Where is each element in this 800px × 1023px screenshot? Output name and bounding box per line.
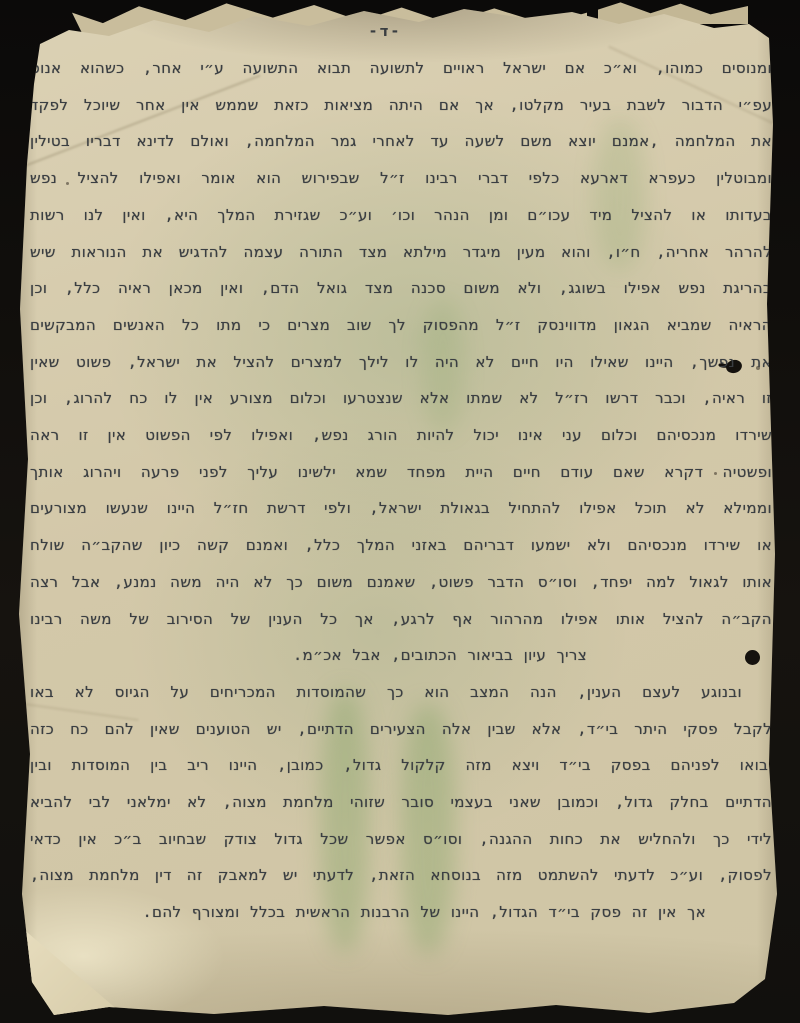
text-line: שירדו מנכסיהם וכלום עני אינו יכול להיות …	[30, 417, 772, 454]
text-line: לידי כך ולהחליש את כחות ההגנה, וסו״ס אפש…	[30, 821, 772, 858]
text-line: לקבל פסקי היתר בי״ד, אלא שבין אלה הצעירי…	[30, 711, 772, 748]
text-line: הדתיים בחלק גדול, וכמובן שאני בעצמי סובר…	[30, 784, 772, 821]
document-page: -ד- ומנוסים כמוהו, וא״כ אם ישראל ראויים …	[14, 4, 788, 1017]
paragraph-2: ובנוגע לעצם הענין, הנה המצב הוא כך שהמוס…	[30, 674, 772, 931]
text-line: את נפשך, היינו שאילו היו חיים לא היה לו …	[30, 344, 772, 381]
text-line: אך אין זה פסק בי״ד הגדול, היינו של הרבנו…	[30, 894, 772, 931]
text-line: להרהר אחריה, ח״ו, והוא מעין מיגדר מילתא …	[30, 234, 772, 271]
text-line: צריך עיון בביאור הכתובים, אבל אכ״מ.	[30, 637, 772, 674]
corner-fold	[14, 921, 126, 1017]
text-line: עפ״י הדבור לשבת בעיר מקלטו, אך אם היתה מ…	[30, 87, 772, 124]
text-line: זו ראיה, וכבר דרשו רז״ל לא שמתו אלא שנצט…	[30, 380, 772, 417]
paragraph-1: ומנוסים כמוהו, וא״כ אם ישראל ראויים לתשו…	[30, 50, 772, 674]
text-line: ומבוטלין כעפרא דארעא כלפי דברי רבינו ז״ל…	[30, 160, 772, 197]
scanned-document-background: -ד- ומנוסים כמוהו, וא״כ אם ישראל ראויים …	[0, 0, 800, 1023]
text-line: לפסוק, וע״כ לדעתי להשתמט מזה בנוסחא הזאת…	[30, 857, 772, 894]
text-line: בהריגת נפש אפילו בשוגג, ולא משום סכנה מצ…	[30, 270, 772, 307]
text-line: או שירדו מנכסיהם ולא ישמעו דבריהם באזני …	[30, 527, 772, 564]
text-line: ומנוסים כמוהו, וא״כ אם ישראל ראויים לתשו…	[30, 50, 772, 87]
text-line: וממילא לא תוכל אפילו להתחיל בגאולת ישראל…	[30, 490, 772, 527]
body-text: ומנוסים כמוהו, וא״כ אם ישראל ראויים לתשו…	[30, 50, 772, 931]
text-line: ופשטיה דקרא שאם עודם חיים היית מפחד שמא …	[30, 454, 772, 491]
text-line: הראיה שמביא הגאון מדווינסק ז״ל מהפסוק לך…	[30, 307, 772, 344]
text-line: יבואו לפניהם בפסק בי״ד ויצא מזה קלקול גד…	[30, 747, 772, 784]
text-line: אותו לגאול למה יפחד, וסו״ס הדבר פשוט, שא…	[30, 564, 772, 601]
text-line: את המלחמה ,אמנם יוצא משם לשעה עד לאחרי ג…	[30, 123, 772, 160]
text-line: בעדותו או להציל מיד עכו״ם ומן הנהר וכו׳ …	[30, 197, 772, 234]
text-line: הקב״ה להציל אותו אפילו מהרהור אף לרגע, א…	[30, 601, 772, 638]
text-line: ובנוגע לעצם הענין, הנה המצב הוא כך שהמוס…	[30, 674, 772, 711]
